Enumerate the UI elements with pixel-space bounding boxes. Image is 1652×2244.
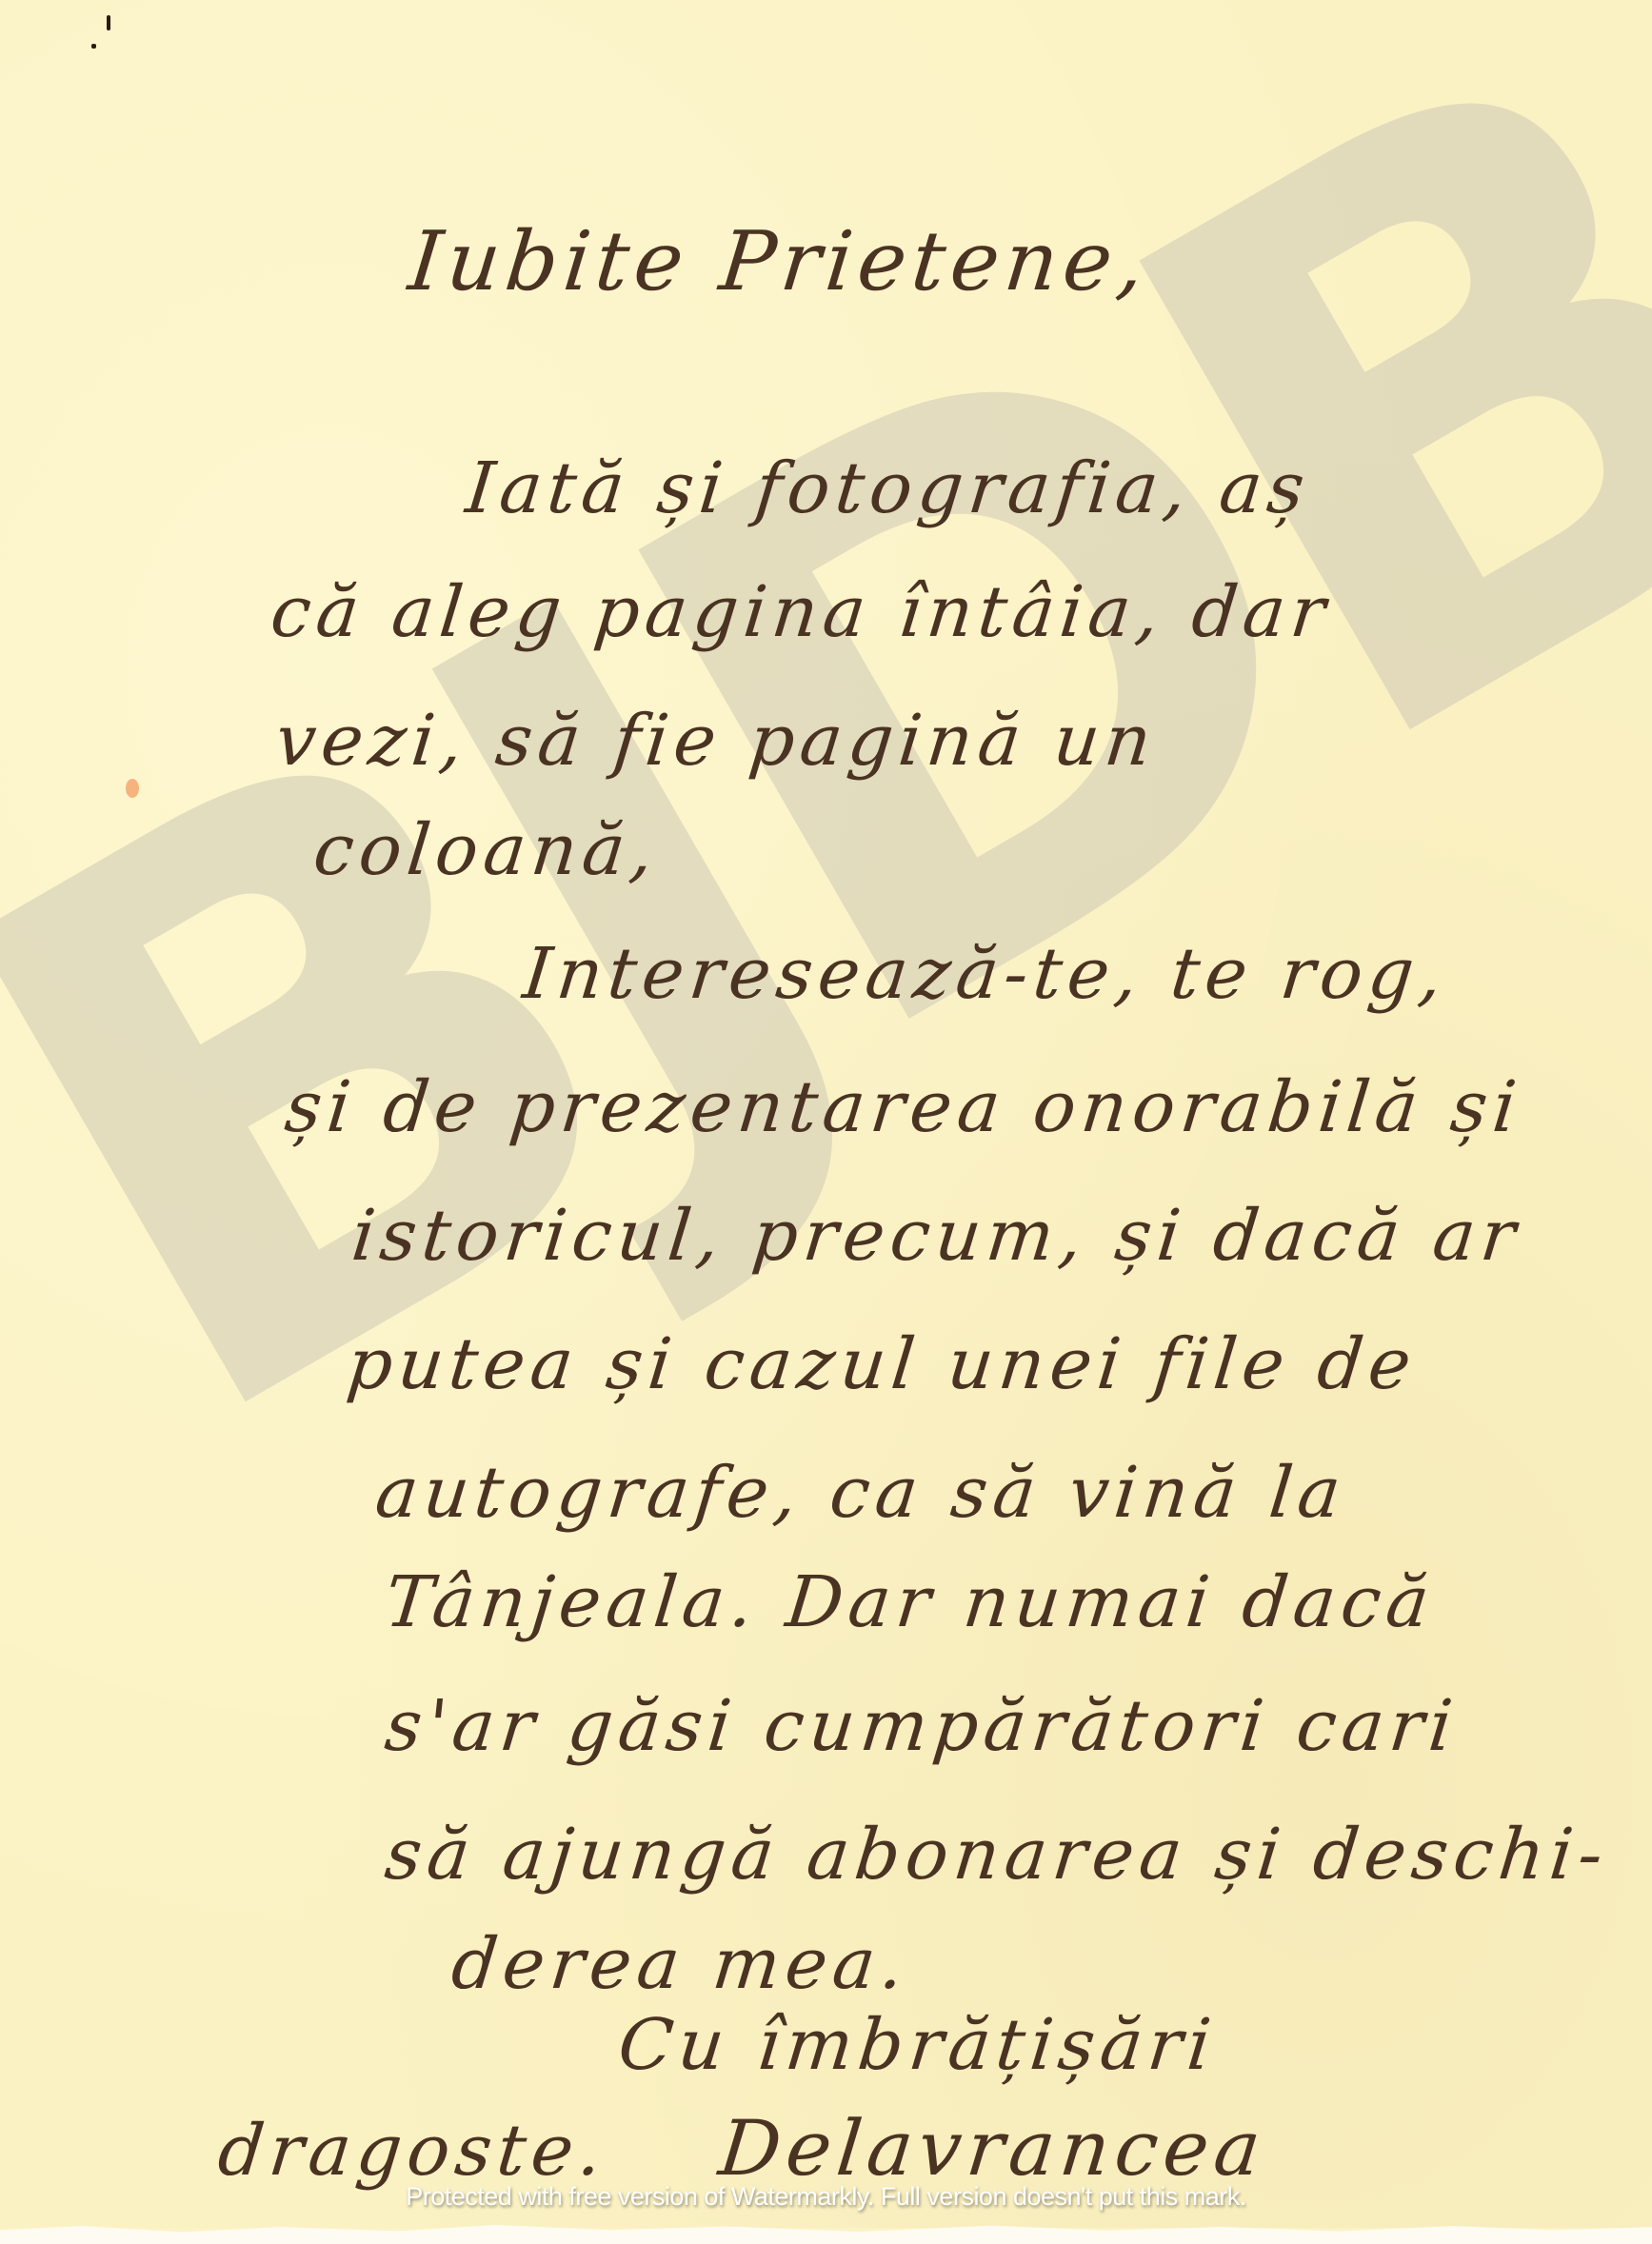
letter-line: și de prezentarea onorabilă și [281,1066,1525,1148]
letter-line: s'ar găsi cumpărători cari [381,1685,1462,1767]
letter-line: derea mea. [448,1923,913,2005]
letter-line: că aleg pagina întâia, dar [267,571,1334,653]
salutation: Iubite Prietene, [405,214,1155,309]
letter-line: autografe, ca să vină la [371,1452,1349,1534]
handwritten-letter: Iubite Prietene, Iată și fotografia, aș … [0,0,1652,2190]
letter-line: Interesează-te, te rog, [519,933,1451,1015]
letter-line: Iată și fotografia, aș [462,447,1313,529]
watermarkly-notice: Protected with free version of Watermark… [0,2182,1652,2212]
signature-row: dragoste. Delavrancea [214,2104,1270,2193]
closing-line2: dragoste. [214,2110,611,2192]
letter-line: să ajungă abonarea și deschi- [381,1814,1612,1896]
letter-line: vezi, să fie pagină un [271,700,1160,782]
letter-line: Tânjeala. Dar numai dacă [381,1561,1438,1643]
letter-line: istoricul, precum, și dacă ar [348,1195,1524,1277]
signature: Delavrancea [715,2104,1270,2193]
closing: Cu îmbrățișări [614,2004,1220,2086]
letter-line: coloană, [309,809,663,891]
letter-line: putea și cazul unei file de [343,1323,1420,1405]
